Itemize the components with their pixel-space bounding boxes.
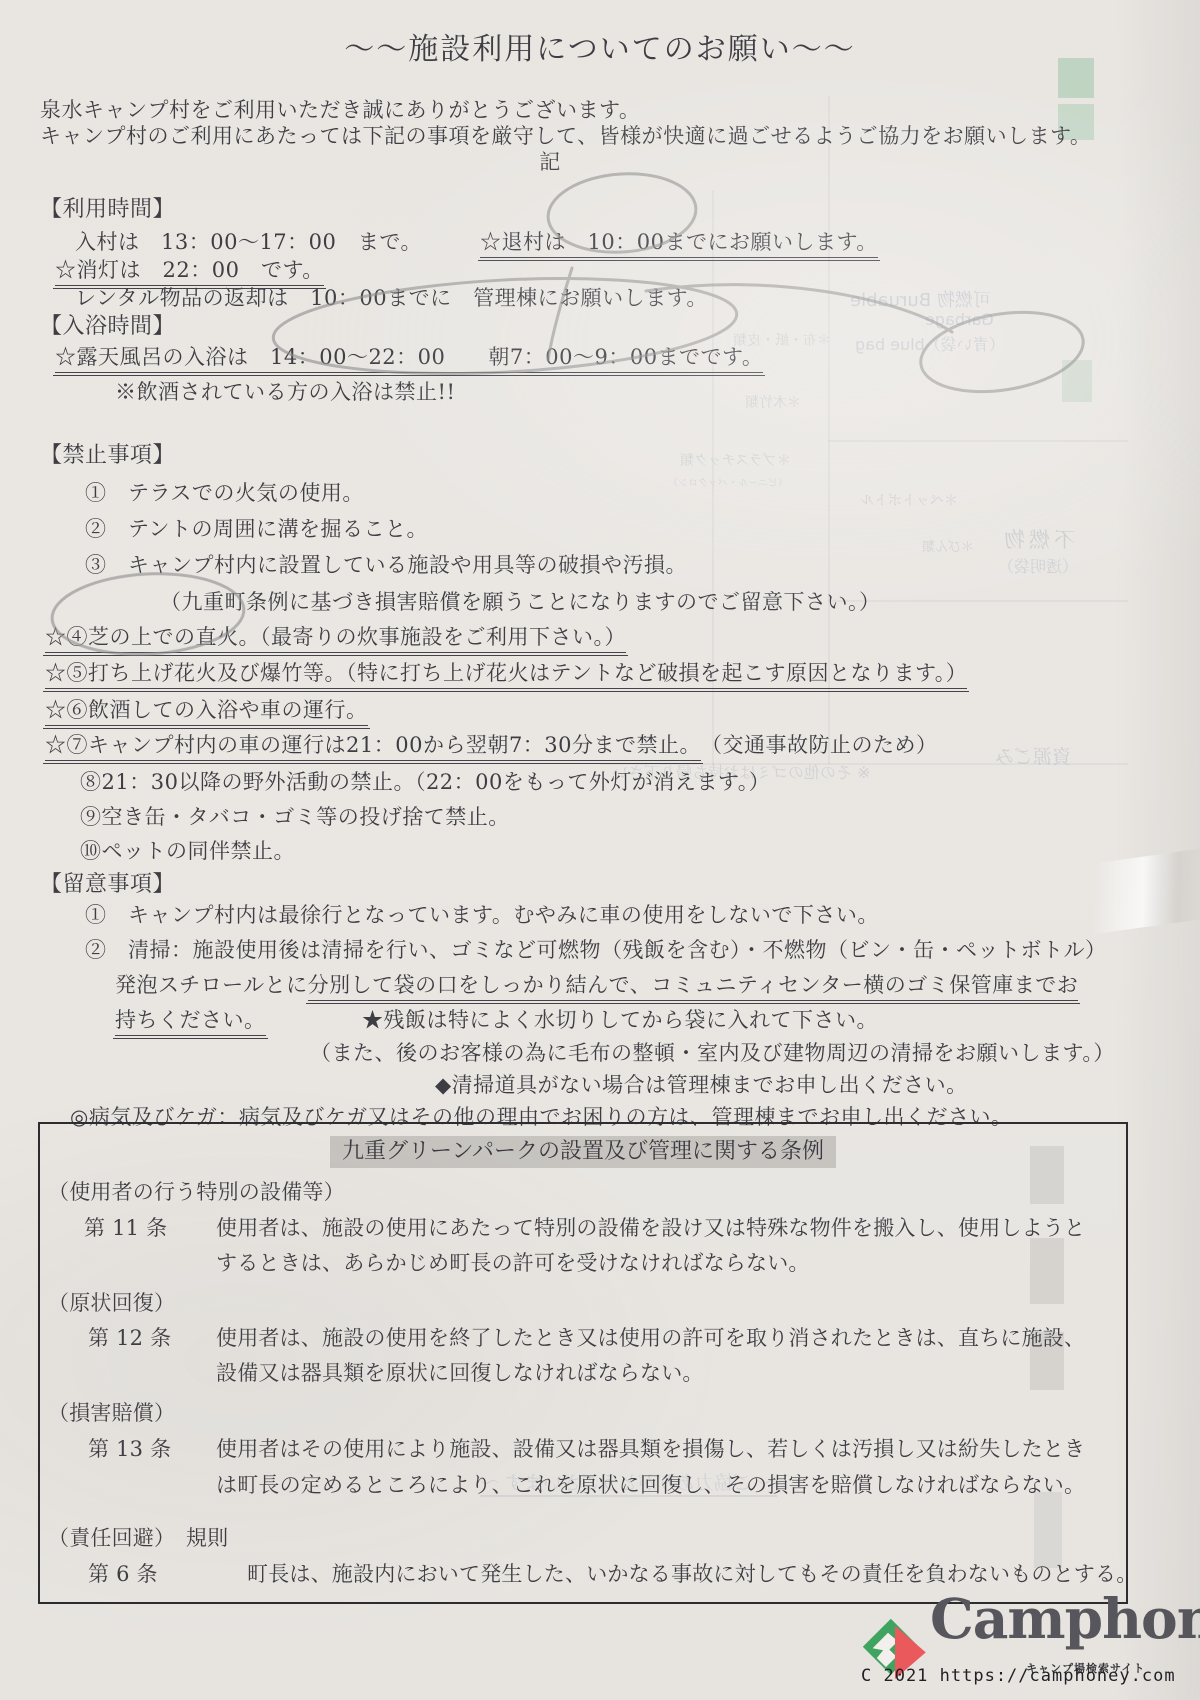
entry-time-line: 入村は 13：00～17：00 まで。 xyxy=(75,226,422,256)
article-text: するときは、あらかじめ町長の許可を受けなければならない。 xyxy=(216,1247,810,1277)
ki-marker: 記 xyxy=(40,146,1060,176)
prohibited-item-7: ☆⑦キャンプ村内の車の運行は21：00から翌朝7：30分まで禁止。（交通事故防止… xyxy=(45,729,938,761)
notes-item-2-line3-tail: ★残飯は特によく水切りしてから袋に入れて下さい。 xyxy=(362,1004,878,1034)
prohibited-item-9: ⑨空き缶・タバコ・ゴミ等の投げ捨て禁止。 xyxy=(80,801,510,831)
notes-heading: 【留意事項】 xyxy=(40,867,175,898)
copyright-line: C 2021 https://camphoney.com xyxy=(861,1666,1176,1686)
notes-item-2-line1: ② 清掃：施設使用後は清掃を行い、ゴミなど可燃物（残飯を含む）・不燃物（ビン・缶… xyxy=(85,934,1107,964)
ghost-text: 可燃物 Buruable xyxy=(850,286,991,312)
ordinance-section-label: （使用者の行う特別の設備等） xyxy=(48,1176,345,1206)
prohibited-item-4: ☆④芝の上での直火。（最寄りの炊事施設をご利用下さい。） xyxy=(45,621,626,653)
ghost-text: ＊木竹類 xyxy=(745,392,801,412)
rental-return-line: レンタル物品の返却は 10：00までに 管理棟にお願いします。 xyxy=(75,282,708,312)
article-text: 設備又は器具類を原状に回復しなければならない。 xyxy=(216,1357,704,1387)
notes-item-2-line4: （また、後のお客様の為に毛布の整頓・室内及び建物周辺の清掃をお願いします。） xyxy=(310,1037,1115,1067)
ordinance-title: 九重グリーンパークの設置及び管理に関する条例 xyxy=(40,1134,1126,1165)
article-text: 使用者はその使用により施設、設備又は器具類を損傷し、若しくは汚損し又は紛失したと… xyxy=(216,1433,1085,1463)
prohibited-item-3: ③ キャンプ村内に設置している施設や用具等の破損や汚損。 xyxy=(85,549,687,579)
prohibited-item-2: ② テントの周囲に溝を掘ること。 xyxy=(85,513,428,543)
paper-tear-artifact xyxy=(1081,847,1200,934)
article-number: 第 11 条 xyxy=(84,1212,167,1242)
ghost-text: Garbage xyxy=(925,310,994,329)
prohibited-item-10: ⑩ペットの同伴禁止。 xyxy=(80,835,295,865)
article-text: 使用者は、施設の使用にあたって特別の設備を設け又は特殊な物件を搬入し、使用しよう… xyxy=(216,1212,1085,1242)
ordinance-section-label: （損害賠償） xyxy=(48,1397,175,1427)
ghost-text: ＊ペットボトル xyxy=(860,490,958,510)
prohibited-item-5: ☆⑤打ち上げ花火及び爆竹等。（特に打ち上げ花火はテントなど破損を起こす原因となり… xyxy=(45,657,967,689)
article-number: 第 13 条 xyxy=(88,1433,171,1463)
brand-wordmark: Camphoney xyxy=(930,1586,1200,1651)
no-drinking-bath-line: ※飲酒されている方の入浴は禁止!! xyxy=(115,376,455,406)
checkout-time-line: ☆退村は 10：00までにお願いします。 xyxy=(480,226,878,258)
ghost-text: 不燃物 xyxy=(1000,524,1075,554)
article-text: 使用者は、施設の使用を終了したとき又は使用の許可を取り消されたときは、直ちに施設… xyxy=(216,1322,1085,1352)
open-air-bath-line: ☆露天風呂の入浴は 14：00～22：00 朝7：00～9：00までです。 xyxy=(55,341,763,373)
usage-hours-heading: 【利用時間】 xyxy=(40,192,175,223)
notes-item-2-line5: ◆清掃道具がない場合は管理棟までお申し出ください。 xyxy=(435,1069,968,1099)
ghost-text: （青い袋）blue bag xyxy=(855,332,1005,355)
ordinance-box: 九重グリーンパークの設置及び管理に関する条例 （使用者の行う特別の設備等） 第 … xyxy=(38,1122,1128,1604)
notes-item-2-line3: 持ちください。 xyxy=(115,1004,266,1036)
ghost-text: （透明袋） xyxy=(998,554,1078,577)
ghost-text: ＊プラスチック類 xyxy=(680,450,791,470)
prohibited-item-1: ① テラスでの火気の使用。 xyxy=(85,477,364,507)
prohibited-item-3-note: （九重町条例に基づき損害賠償を願うことになりますのでご留意下さい。） xyxy=(160,586,881,616)
ghost-text: （ビニール・パックロン） xyxy=(668,474,788,489)
ghost-text: ＊びん類 xyxy=(922,536,974,555)
ordinance-section-label: （原状回復） xyxy=(48,1287,175,1317)
article-number: 第 12 条 xyxy=(88,1322,171,1352)
ghost-text: 資源ごみ xyxy=(995,742,1071,769)
article-text: は町長の定めるところにより、これを原状に回復し、その損害を賠償しなければならない… xyxy=(216,1469,1085,1499)
scanned-document-page: 可燃物 Buruable Garbage （青い袋）blue bag ＊布・紙・… xyxy=(0,0,1200,1700)
page-title: ～～施設利用についてのお願い～～ xyxy=(0,24,1200,68)
ordinance-section-label: （責任回避） 規則 xyxy=(48,1522,228,1552)
prohibited-heading: 【禁止事項】 xyxy=(40,438,175,469)
article-number: 第 6 条 xyxy=(88,1558,158,1588)
notes-item-2-line2: 発泡スチロールとに分別して袋の口をしっかり結んで、コミュニティセンター横のゴミ保… xyxy=(115,969,1078,1001)
prohibited-item-8: ⑧21：30以降の野外活動の禁止。（22：00をもって外灯が消えます。） xyxy=(80,766,770,796)
bath-hours-heading: 【入浴時間】 xyxy=(40,309,175,340)
prohibited-item-6: ☆⑥飲酒しての入浴や車の運行。 xyxy=(45,694,368,726)
notes-item-1: ① キャンプ村内は最徐行となっています。むやみに車の使用をしないで下さい。 xyxy=(85,899,879,929)
article-text: 町長は、施設内において発生した、いかなる事故に対してもその責任を負わないものとす… xyxy=(247,1558,1137,1588)
